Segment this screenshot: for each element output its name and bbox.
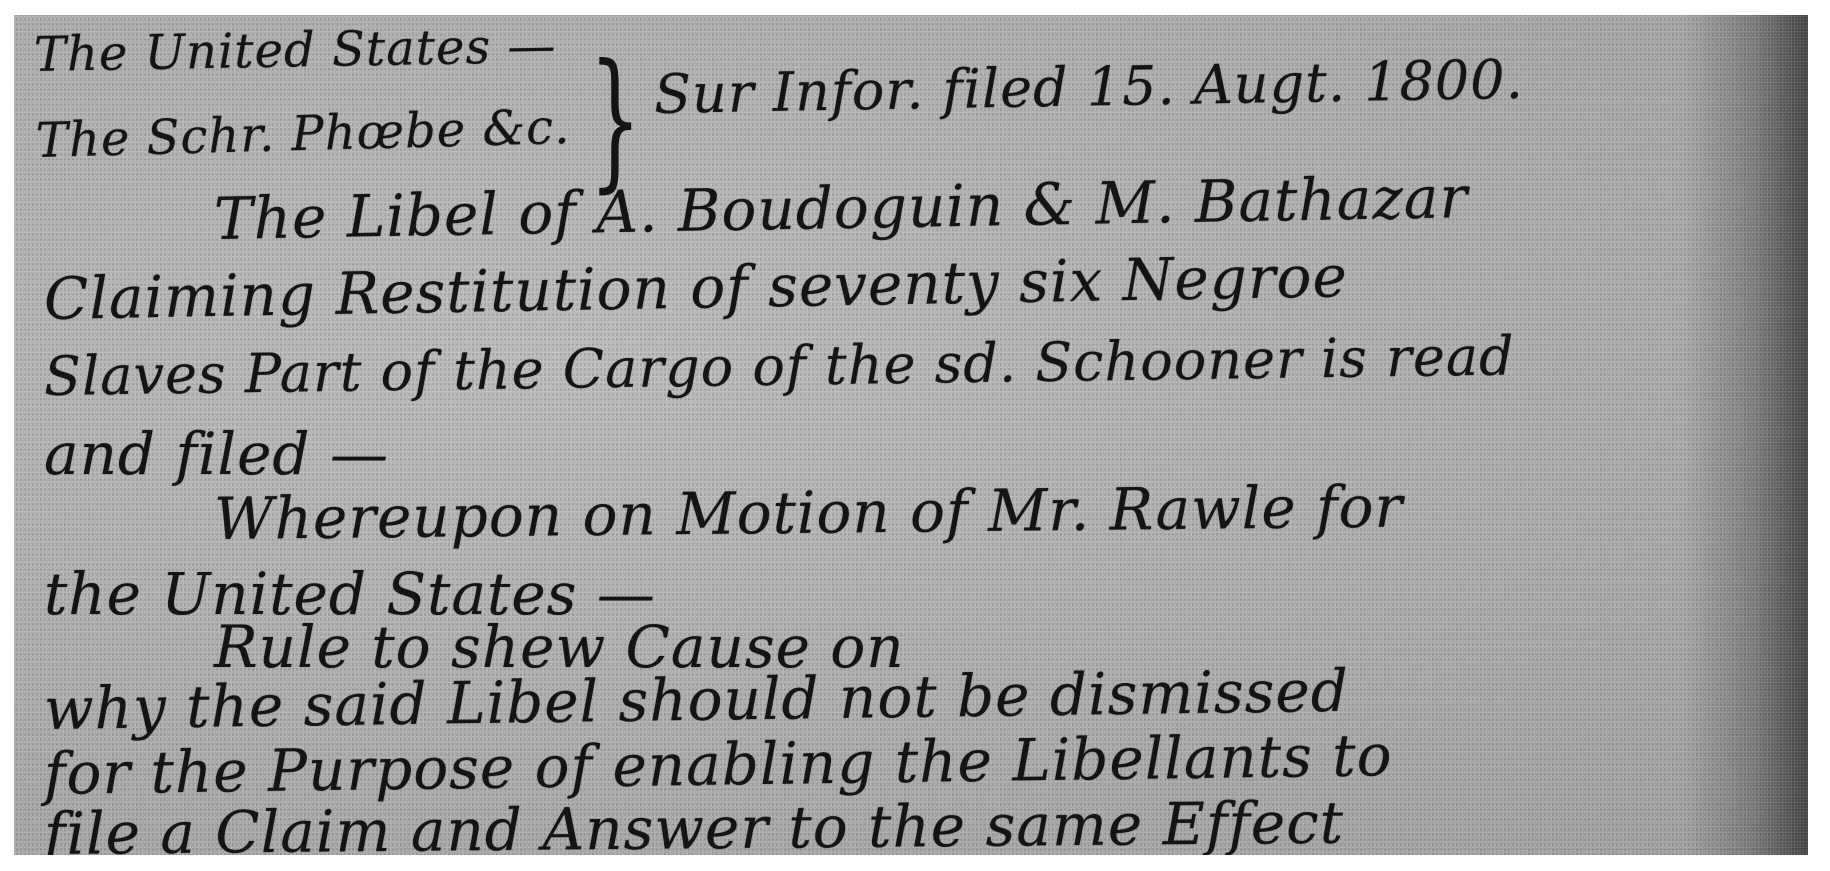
caption-brace: } (589, 45, 641, 195)
caption-party-defendant: The Schr. Phœbe &c. (35, 99, 571, 169)
body-line-5: Whereupon on Motion of Mr. Rawle for (214, 473, 1404, 553)
caption-filing-note: Sur Infor. filed 15. Augt. 1800. (653, 48, 1524, 126)
body-line-10: file a Claim and Answer to the same Effe… (44, 789, 1345, 855)
body-line-4: and filed — (44, 420, 389, 488)
body-line-1: The Libel of A. Boudoguin & M. Bathazar (213, 163, 1468, 253)
caption-party-plaintiff: The United States — (34, 18, 557, 83)
body-line-3: Slaves Part of the Cargo of the sd. Scho… (44, 324, 1515, 408)
manuscript-scan: The United States — The Schr. Phœbe &c. … (14, 15, 1808, 855)
body-line-2: Claiming Restitution of seventy six Negr… (43, 242, 1348, 333)
